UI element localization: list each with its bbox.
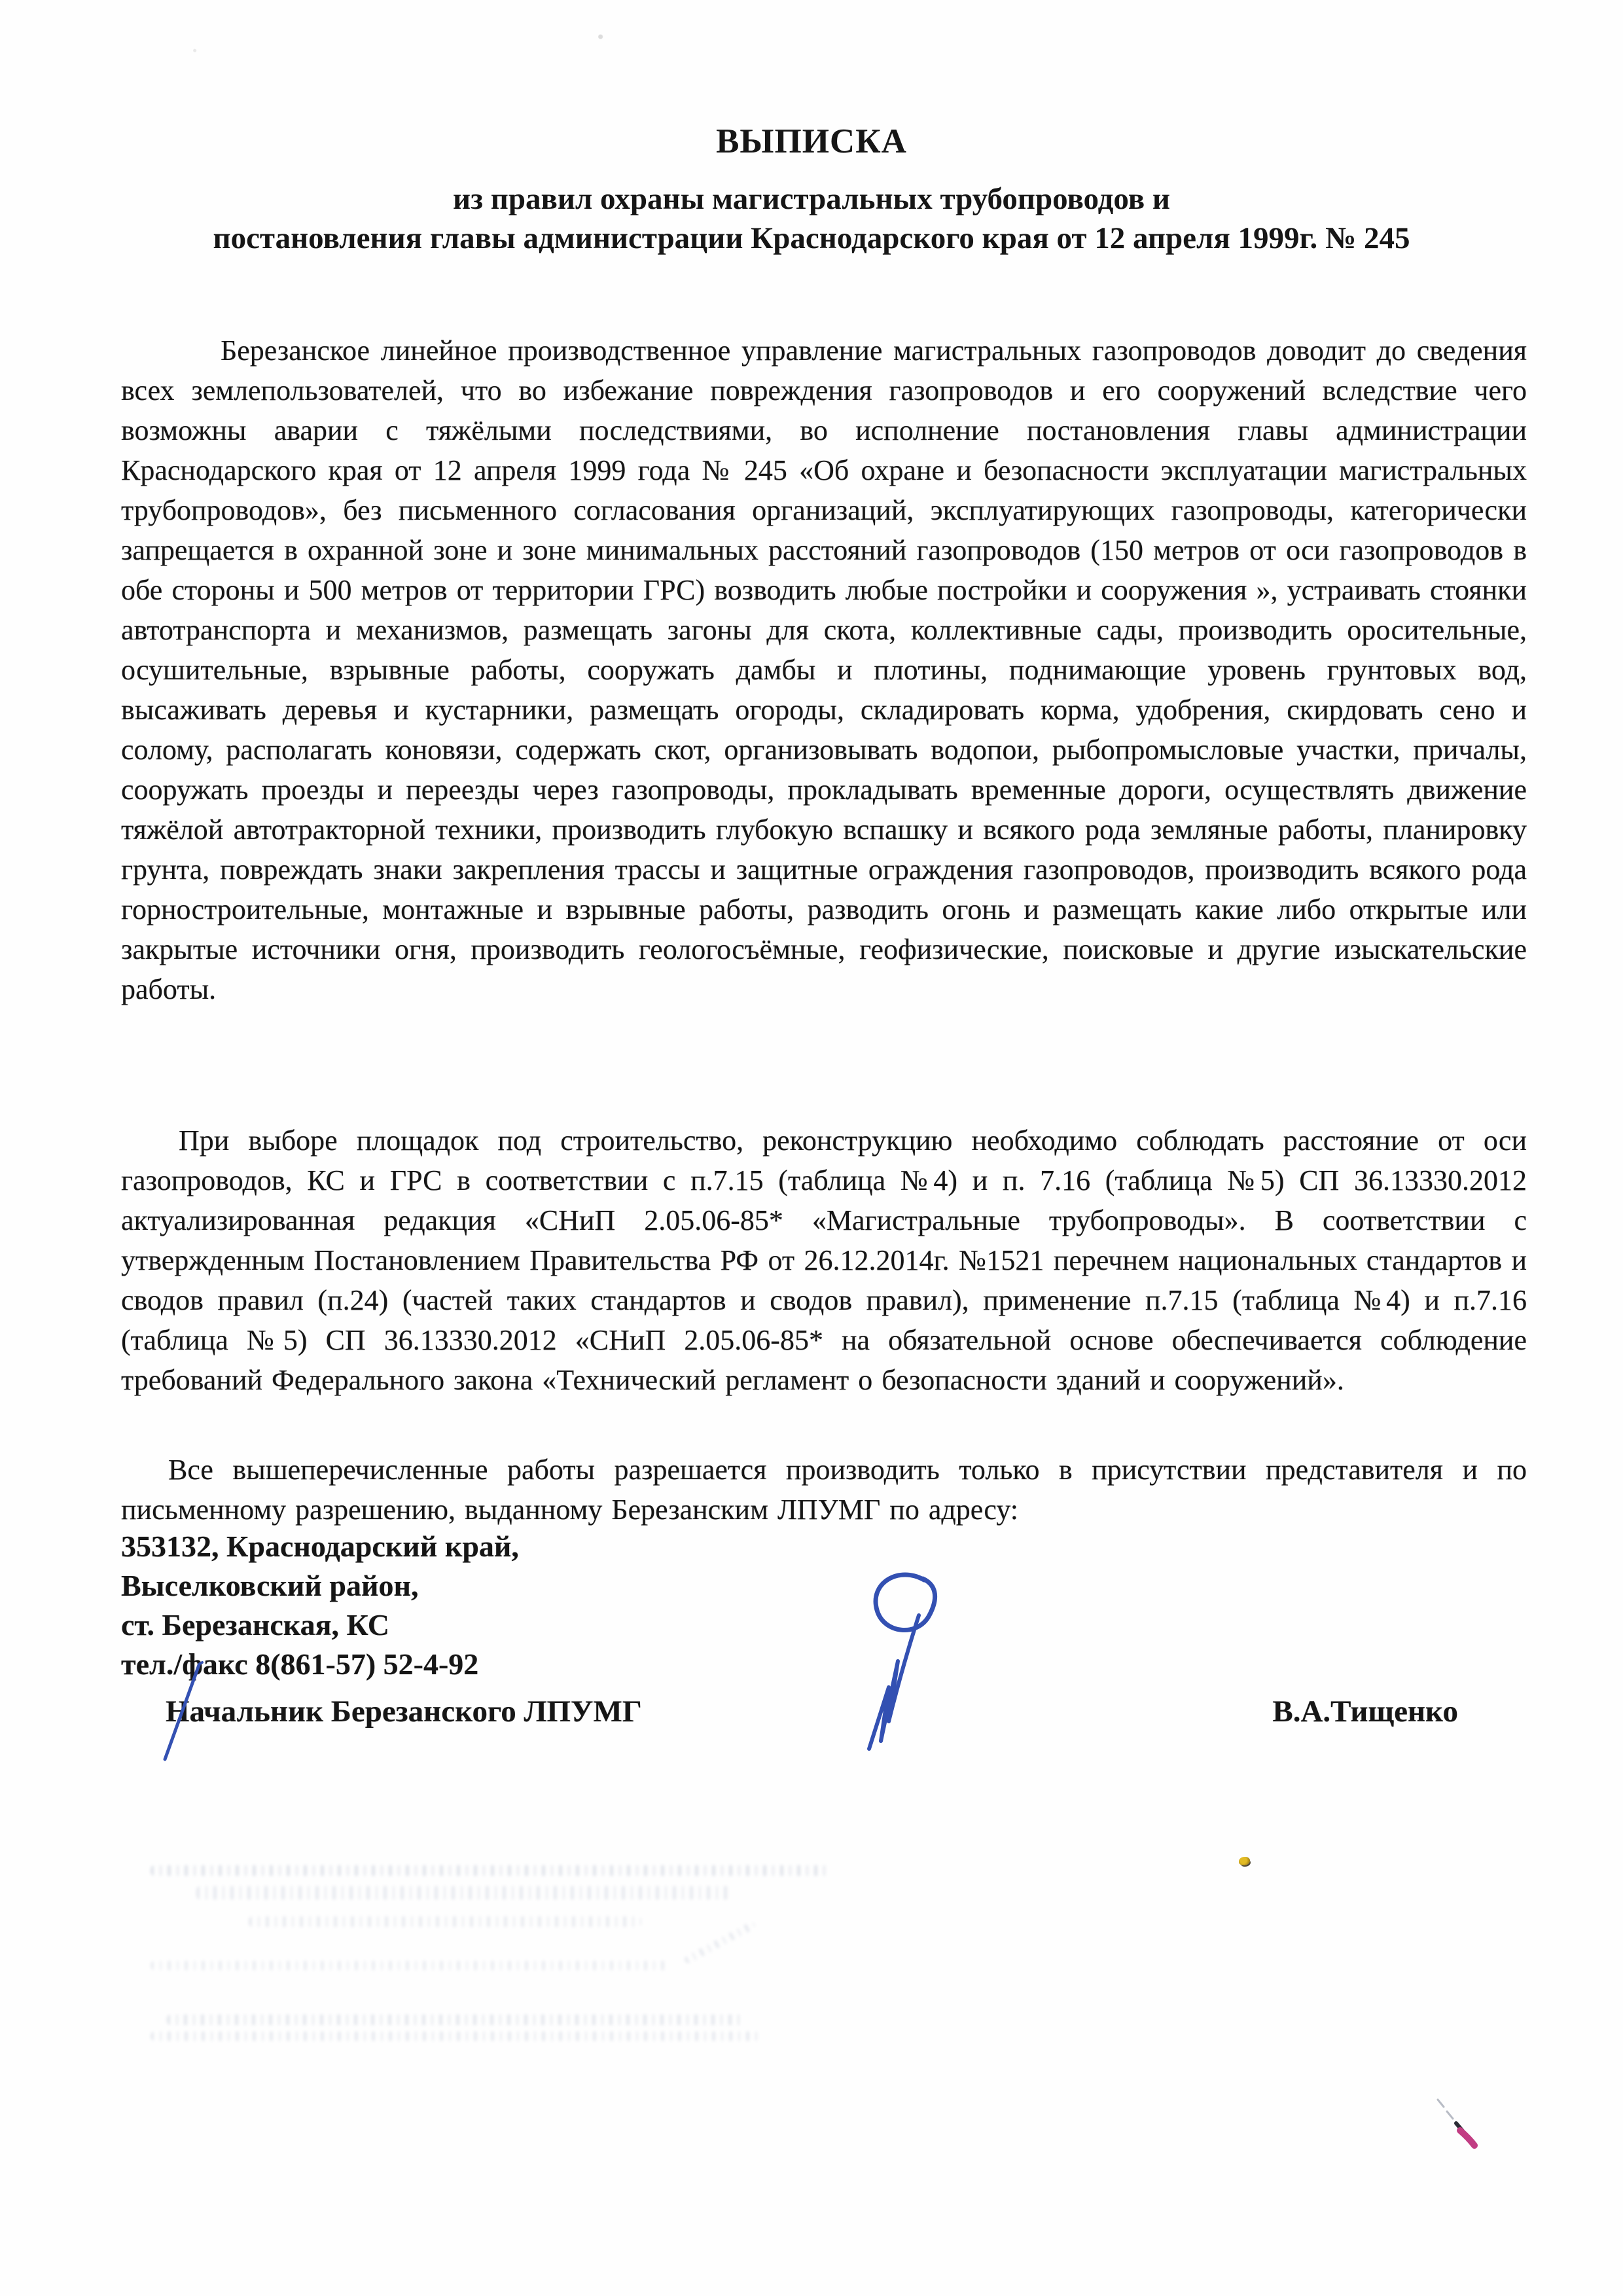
signature-position-label: Начальник Березанского ЛПУМГ: [166, 1692, 642, 1732]
bleed-through-artifact: [151, 1961, 668, 1970]
bleed-through-artifact: [683, 1921, 757, 1965]
signature-row: Начальник Березанского ЛПУМГ В.А.Тищенко: [121, 1692, 1527, 1732]
body-paragraph-2: При выборе площадок под строительство, р…: [121, 1121, 1527, 1400]
bleed-through-artifact: [196, 1886, 733, 1899]
bleed-through-artifact: [249, 1916, 641, 1927]
address-line-station: ст. Березанская, КС: [121, 1605, 1037, 1645]
bleed-through-artifact: [167, 2015, 743, 2025]
address-line-postal: 353132, Краснодарский край,: [121, 1527, 1037, 1566]
ink-speck-artifact: [1239, 1857, 1250, 1865]
document-subtitle-line1: из правил охраны магистральных трубопров…: [92, 179, 1531, 219]
title-spacer: [92, 161, 1531, 179]
document-page: ВЫПИСКА из правил охраны магистральных т…: [0, 0, 1623, 2296]
document-subtitle-line2: постановления главы администрации Красно…: [92, 219, 1531, 258]
document-title-block: ВЫПИСКА из правил охраны магистральных т…: [92, 122, 1531, 258]
body-paragraph-3: Все вышеперечисленные работы разрешается…: [121, 1450, 1527, 1530]
bleed-through-artifact: [151, 2032, 759, 2041]
signature-name: В.А.Тищенко: [1272, 1692, 1458, 1732]
pen-mark-artifact: [1430, 2094, 1495, 2160]
address-line-phone: тел./факс 8(861-57) 52-4-92: [121, 1645, 1037, 1684]
address-block: 353132, Краснодарский край, Выселковский…: [121, 1527, 1037, 1684]
body-paragraph-1: Березанское линейное производственное уп…: [121, 331, 1527, 1009]
address-line-district: Выселковский район,: [121, 1566, 1037, 1605]
bleed-through-artifact: [151, 1865, 831, 1876]
document-title: ВЫПИСКА: [92, 122, 1531, 161]
